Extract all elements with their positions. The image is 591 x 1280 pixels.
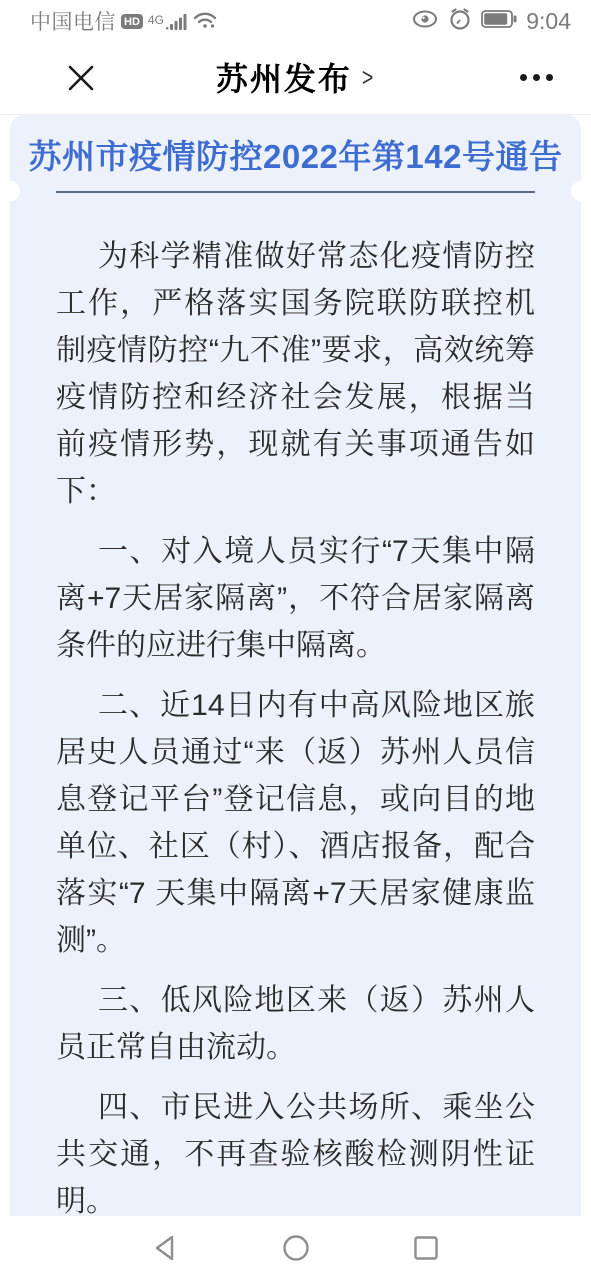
battery-icon — [481, 9, 517, 34]
clock-label: 9:04 — [526, 8, 571, 35]
page-title[interactable]: 苏州发布 — [216, 54, 352, 100]
notice-paragraph: 为科学精准做好常态化疫情防控工作，严格落实国务院联防联控机制疫情防控“九不准”要… — [56, 233, 535, 515]
wifi-icon — [192, 9, 218, 34]
page-title-group[interactable]: 苏州发布 > — [0, 54, 591, 100]
notice-paragraph: 二、近14日内有中高风险地区旅居史人员通过“来（返）苏州人员信息登记平台”登记信… — [56, 682, 535, 964]
carrier-label: 中国电信 — [30, 6, 116, 36]
hd-badge-icon: HD — [121, 14, 143, 29]
alarm-icon — [448, 7, 472, 36]
ticket-notch-left — [0, 181, 20, 201]
network-type-label: 4G — [148, 13, 164, 27]
home-circle-icon[interactable] — [281, 1233, 311, 1263]
notice-card: 苏州市疫情防控2022年第142号通告 为科学精准做好常态化疫情防控工作，严格落… — [10, 115, 581, 1216]
status-bar: 中国电信 HD 4G — [0, 0, 591, 40]
notice-title: 苏州市疫情防控2022年第142号通告 — [10, 140, 581, 174]
article-content: 苏州市疫情防控2022年第142号通告 为科学精准做好常态化疫情防控工作，严格落… — [0, 115, 591, 1216]
more-options-icon[interactable] — [520, 74, 553, 81]
status-bar-right: 9:04 — [411, 7, 571, 36]
recents-square-icon[interactable] — [411, 1233, 441, 1263]
notice-header: 苏州市疫情防控2022年第142号通告 — [10, 115, 581, 193]
notice-paragraph: 三、低风险地区来（返）苏州人员正常自由流动。 — [56, 977, 535, 1071]
ticket-notch-right — [571, 181, 591, 201]
notice-paragraph: 四、市民进入公共场所、乘坐公共交通，不再查验核酸检测阴性证明。 — [56, 1084, 535, 1216]
chevron-right-icon: > — [362, 62, 373, 93]
signal-strength-icon: 4G — [148, 11, 187, 31]
notice-paragraph: 一、对入境人员实行“7天集中隔离+7天居家隔离”，不符合居家隔离条件的应进行集中… — [56, 528, 535, 669]
notice-body: 为科学精准做好常态化疫情防控工作，严格落实国务院联防联控机制疫情防控“九不准”要… — [10, 193, 581, 1216]
android-nav-bar — [0, 1216, 591, 1280]
status-bar-left: 中国电信 HD 4G — [30, 6, 218, 36]
back-triangle-icon[interactable] — [151, 1233, 181, 1263]
nav-bar: 苏州发布 > — [0, 40, 591, 115]
eye-protection-icon — [411, 9, 439, 34]
